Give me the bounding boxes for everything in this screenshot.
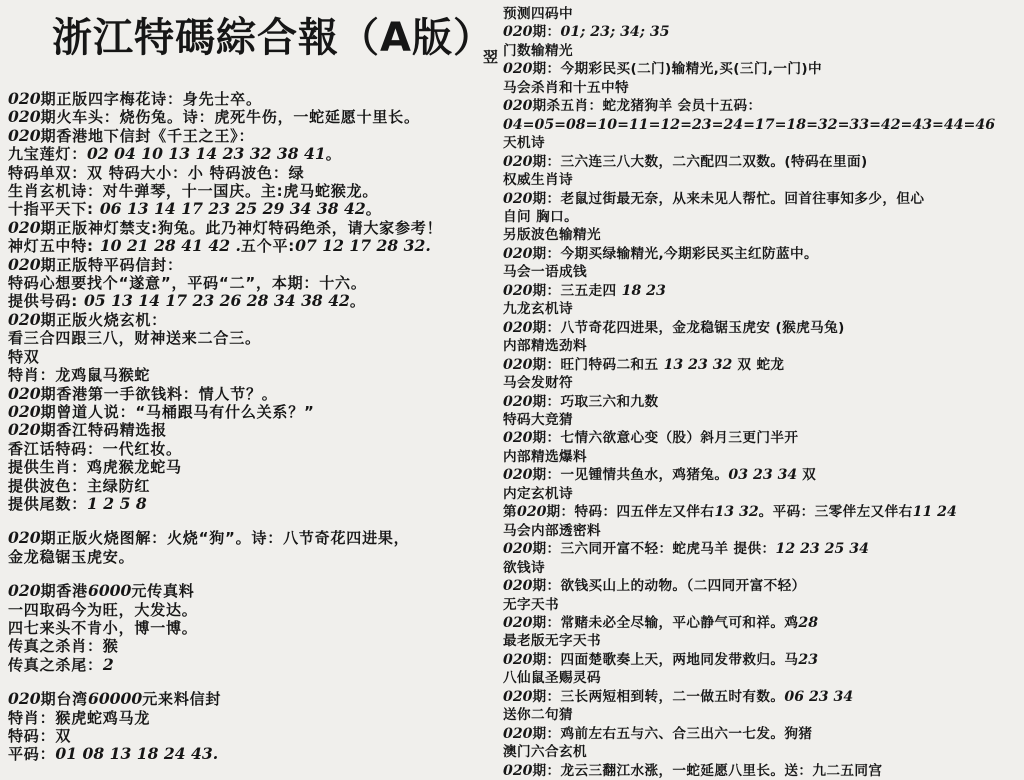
numeric-fragment: 020 — [503, 763, 533, 779]
numeric-fragment: 020 — [8, 581, 41, 600]
numeric-fragment: 6000 — [88, 581, 131, 600]
text-line: 马会杀肖和十五中特 — [503, 79, 1022, 97]
text-line: 020期香港地下信封《千王之王》： — [8, 127, 476, 145]
numeric-fragment: 020 — [503, 394, 533, 410]
text-line: 特码大竞猜 — [503, 411, 1022, 429]
numeric-fragment: 01 08 13 18 24 43. — [55, 744, 218, 763]
text-line: 020期：八节奇花四进果，金龙稳锯玉虎安 (猴虎马兔) — [503, 319, 1022, 337]
text-line: 020期曾道人说：“马桶跟马有什么关系？” — [8, 403, 476, 421]
text-line: 020期台湾60000元来料信封 — [8, 690, 476, 708]
numeric-fragment: 12 23 25 34 — [776, 541, 869, 557]
numeric-fragment: 020 — [503, 430, 533, 446]
numeric-fragment: 020 — [8, 528, 41, 547]
text-line: 另版波色输精光 — [503, 226, 1022, 244]
numeric-fragment: 13 23 32 — [664, 357, 738, 373]
text-line: 香江话特码：一代红妆。 — [8, 440, 476, 458]
text-line: 020期正版四字梅花诗：身先士卒。 — [8, 90, 476, 108]
numeric-fragment: 01; 23; 34; 35 — [561, 24, 670, 40]
text-line: 内部精选爆料 — [503, 448, 1022, 466]
text-line: 020期：龙云三翻江水涨，一蛇延愿八里长。送：九二五同宫 — [503, 762, 1022, 780]
numeric-fragment: 06 23 34 — [784, 689, 853, 705]
text-line: 自问 胸口。 — [503, 208, 1022, 226]
numeric-fragment: 07 12 17 28 32. — [295, 236, 431, 255]
text-line: 020期正版火烧玄机： — [8, 311, 476, 329]
left-column: 020期正版四字梅花诗：身先士卒。020期火车头：烧伤兔。诗：虎死牛伤，一蛇延愿… — [8, 90, 476, 764]
text-line: 020期：欲钱买山上的动物。（二四同开富不轻） — [503, 577, 1022, 595]
numeric-fragment: 11 24 — [913, 504, 957, 520]
text-line: 特码：双 — [8, 727, 476, 745]
text-line: 020期：今期买绿输精光,今期彩民买主红防蓝中。 — [503, 245, 1022, 263]
numeric-fragment: 04=05=08=10=11=12=23=24=17=18=32=33=42=4… — [503, 117, 995, 133]
numeric-fragment: 02 04 10 13 14 23 32 38 41 — [87, 144, 326, 163]
text-line: 020期香港6000元传真料 — [8, 582, 476, 600]
text-line: 传真之杀尾：2 — [8, 656, 476, 674]
numeric-fragment: 020 — [503, 154, 533, 170]
text-line: 020期：鸡前左右五与六、合三出六一七发。狗猪 — [503, 725, 1022, 743]
numeric-fragment: 020 — [8, 255, 41, 274]
numeric-fragment: 020 — [8, 126, 41, 145]
text-line: 马会一语成钱 — [503, 263, 1022, 281]
numeric-fragment: 06 13 14 17 23 25 29 34 38 42 — [100, 199, 366, 218]
text-line: 020期：常赌未必全尽输，平心静气可和祥。鸡28 — [503, 614, 1022, 632]
text-line: 提供尾数：1 2 5 8 — [8, 495, 476, 513]
numeric-fragment: 020 — [8, 402, 41, 421]
numeric-fragment: 020 — [8, 218, 41, 237]
text-line: 门数输精光 — [503, 42, 1022, 60]
text-line: 020期：老鼠过街最无奈，从来未见人帮忙。回首往事知多少，但心 — [503, 190, 1022, 208]
margin-annotation: 翌 — [483, 46, 498, 67]
text-line: 提供波色：主绿防红 — [8, 477, 476, 495]
text-line: 特肖：龙鸡鼠马猴蛇 — [8, 366, 476, 384]
text-line: 020期火车头：烧伤兔。诗：虎死牛伤，一蛇延愿十里长。 — [8, 108, 476, 126]
text-line: 八仙鼠圣赐灵码 — [503, 669, 1022, 687]
text-line: 欲钱诗 — [503, 559, 1022, 577]
numeric-fragment: 020 — [503, 61, 533, 77]
numeric-fragment: 2 — [103, 655, 114, 674]
text-line: 020期：一见锺情共鱼水，鸡猪兔。03 23 34 双 — [503, 466, 1022, 484]
text-line: 提供生肖：鸡虎猴龙蛇马 — [8, 458, 476, 476]
text-line: 020期：七情六欲意心变（股）斜月三更门半开 — [503, 429, 1022, 447]
text-line: 020期：01; 23; 34; 35 — [503, 23, 1022, 41]
text-line: 预测四码中 — [503, 5, 1022, 23]
text-line: 金龙稳锯玉虎安。 — [8, 548, 476, 566]
numeric-fragment: 020 — [503, 320, 533, 336]
numeric-fragment: 03 23 34 — [728, 467, 802, 483]
numeric-fragment: 020 — [503, 615, 533, 631]
numeric-fragment: 020 — [503, 652, 533, 668]
text-line: 澳门六合玄机 — [503, 743, 1022, 761]
text-line: 马会发财符 — [503, 374, 1022, 392]
numeric-fragment: 13 32 — [714, 504, 758, 520]
text-line: 020期：旺门特码二和五 13 23 32 双 蛇龙 — [503, 356, 1022, 374]
text-line: 020期：四面楚歌奏上天，两地同发带救归。马23 — [503, 651, 1022, 669]
numeric-fragment: 020 — [8, 107, 41, 126]
numeric-fragment: 020 — [503, 98, 533, 114]
text-line: 020期：三六连三八大数，二六配四二双数。(特码在里面) — [503, 153, 1022, 171]
text-line: 平码：01 08 13 18 24 43. — [8, 745, 476, 763]
text-line: 特双 — [8, 348, 476, 366]
text-line: 第020期：特码：四五伴左又伴右13 32。平码：三零伴左又伴右11 24 — [503, 503, 1022, 521]
text-line: 020期杀五肖：蛇龙猪狗羊 会员十五码： — [503, 97, 1022, 115]
numeric-fragment: 18 23 — [622, 283, 666, 299]
text-line: 权威生肖诗 — [503, 171, 1022, 189]
numeric-fragment: 020 — [503, 467, 533, 483]
right-column: 预测四码中020期：01; 23; 34; 35门数输精光020期：今期彩民买(… — [503, 5, 1022, 780]
numeric-fragment: 020 — [8, 384, 41, 403]
text-line: 四七来头不肯小，博一博。 — [8, 619, 476, 637]
newspaper-page: 浙江特碼綜合報（A版） 翌 020期正版四字梅花诗：身先士卒。020期火车头：烧… — [0, 0, 1024, 780]
text-line: 送你二句猜 — [503, 706, 1022, 724]
text-line: 天机诗 — [503, 134, 1022, 152]
text-line: 特肖：猴虎蛇鸡马龙 — [8, 709, 476, 727]
numeric-fragment: 020 — [8, 689, 41, 708]
numeric-fragment: 020 — [503, 578, 533, 594]
text-line: 020期：三六同开富不轻：蛇虎马羊 提供：12 23 25 34 — [503, 540, 1022, 558]
page-title: 浙江特碼綜合報（A版） — [52, 6, 494, 63]
text-line: 020期正版火烧图解：火烧“狗”。诗：八节奇花四进果， — [8, 529, 476, 547]
text-line: 内部精选劲料 — [503, 337, 1022, 355]
text-line: 020期：三五走四 18 23 — [503, 282, 1022, 300]
numeric-fragment: 020 — [503, 726, 533, 742]
text-line: 020期：巧取三六和九数 — [503, 393, 1022, 411]
numeric-fragment: 10 21 28 41 42 . — [100, 236, 241, 255]
numeric-fragment: 020 — [503, 357, 533, 373]
text-line: 内定玄机诗 — [503, 485, 1022, 503]
text-line: 生肖玄机诗：对牛弹琴，十一国庆。主:虎马蛇猴龙。 — [8, 182, 476, 200]
text-line: 020期香江特码精选报 — [8, 421, 476, 439]
numeric-fragment: 020 — [503, 246, 533, 262]
text-line: 最老版无字天书 — [503, 632, 1022, 650]
text-line: 十指平天下: 06 13 14 17 23 25 29 34 38 42。 — [8, 200, 476, 218]
numeric-fragment: 020 — [8, 420, 41, 439]
numeric-fragment: 020 — [517, 504, 547, 520]
numeric-fragment: 1 2 5 8 — [87, 494, 147, 513]
text-line: 020期香港第一手欲钱料：情人节？。 — [8, 385, 476, 403]
text-line: 神灯五中特: 10 21 28 41 42 .五个平:07 12 17 28 3… — [8, 237, 476, 255]
numeric-fragment: 28 — [798, 615, 818, 631]
text-line: 九宝莲灯：02 04 10 13 14 23 32 38 41。 — [8, 145, 476, 163]
numeric-fragment: 020 — [503, 541, 533, 557]
numeric-fragment: 23 — [798, 652, 818, 668]
text-line: 提供号码: 05 13 14 17 23 26 28 34 38 42。 — [8, 292, 476, 310]
text-line: 特码单双：双 特码大小：小 特码波色：绿 — [8, 164, 476, 182]
numeric-fragment: 05 13 14 17 23 26 28 34 38 42 — [84, 291, 350, 310]
numeric-fragment: 020 — [503, 191, 533, 207]
text-line: 传真之杀肖：猴 — [8, 637, 476, 655]
text-line: 020期正版特平码信封： — [8, 256, 476, 274]
numeric-fragment: 020 — [8, 310, 41, 329]
numeric-fragment: 020 — [503, 24, 533, 40]
text-line: 马会内部透密料 — [503, 522, 1022, 540]
numeric-fragment: 60000 — [88, 689, 142, 708]
text-line: 一四取码今为旺，大发达。 — [8, 601, 476, 619]
text-line: 特码心想要找个“遂意”，平码“二”，本期：十六。 — [8, 274, 476, 292]
text-line: 无字天书 — [503, 596, 1022, 614]
text-line: 04=05=08=10=11=12=23=24=17=18=32=33=42=4… — [503, 116, 1022, 134]
text-line: 020期：三长两短相到转，二一做五时有数。06 23 34 — [503, 688, 1022, 706]
text-line: 020期正版神灯禁支:狗兔。此乃神灯特码绝杀，请大家参考！ — [8, 219, 476, 237]
text-line: 看三合四跟三八，财神送来二合三。 — [8, 329, 476, 347]
numeric-fragment: 020 — [503, 283, 533, 299]
numeric-fragment: 020 — [503, 689, 533, 705]
numeric-fragment: 020 — [8, 89, 41, 108]
text-line: 020期：今期彩民买(二门)输精光,买(三门,一门)中 — [503, 60, 1022, 78]
text-line: 九龙玄机诗 — [503, 300, 1022, 318]
